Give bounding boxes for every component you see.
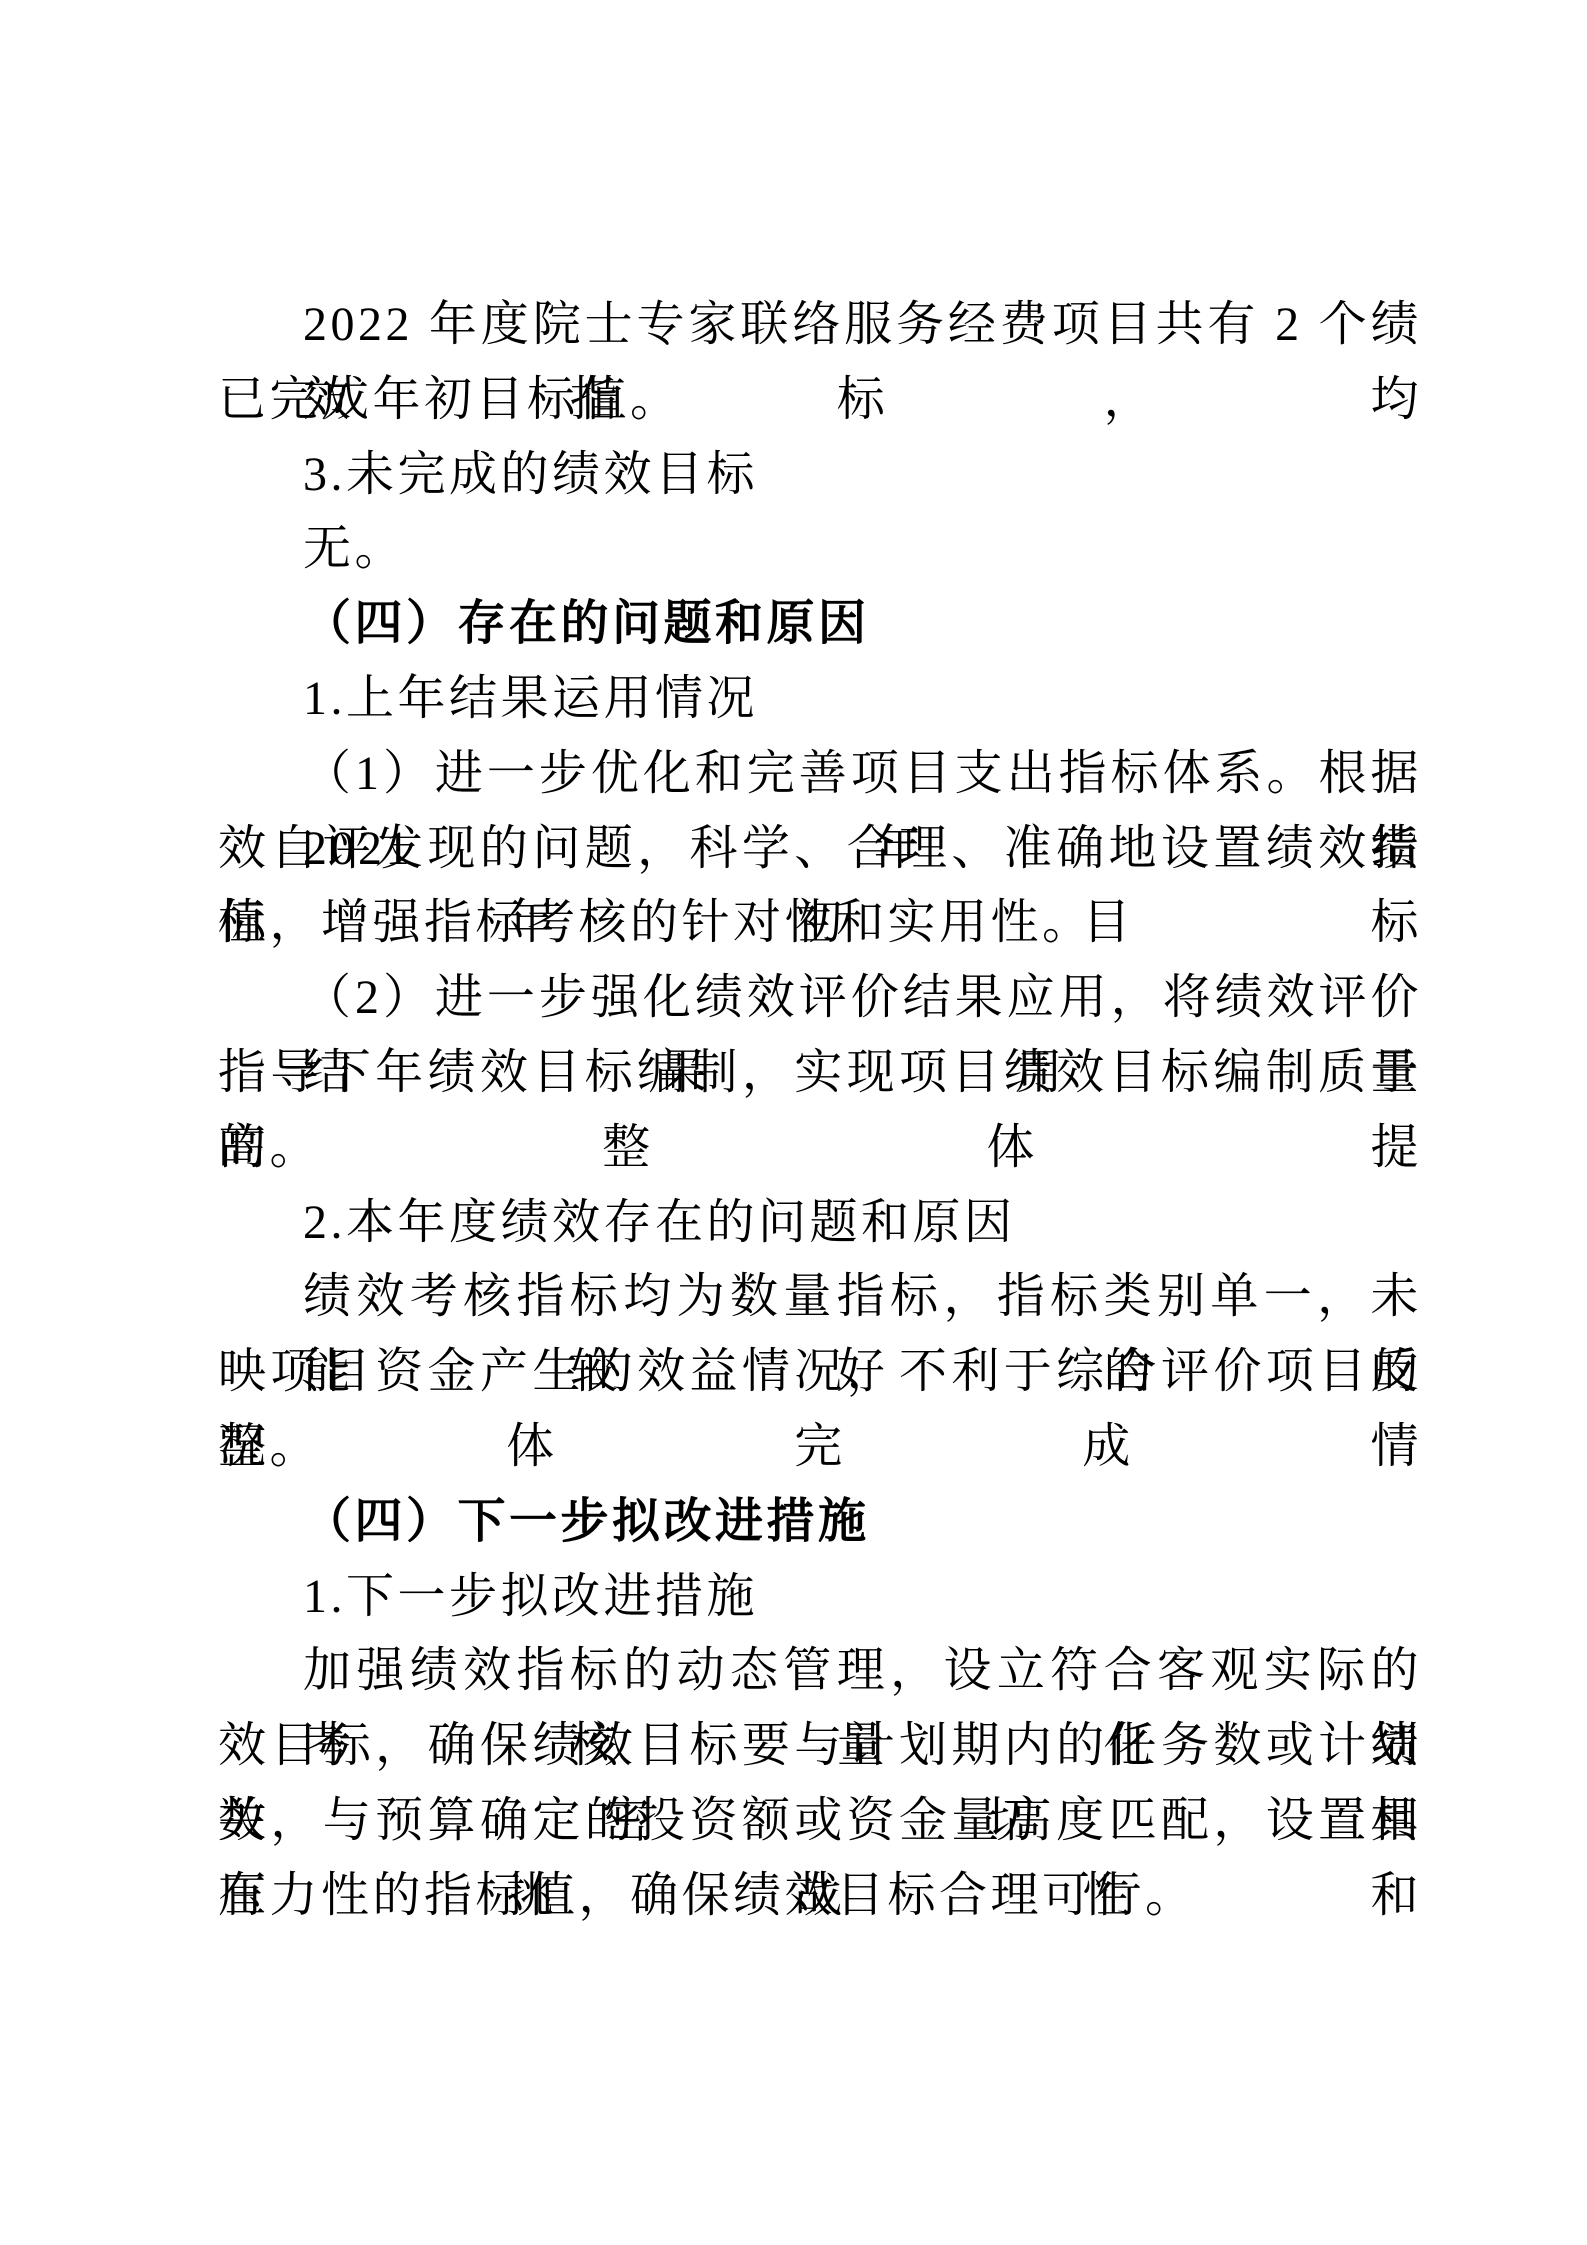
text-line: 无。	[218, 512, 1422, 587]
section-heading: （四）存在的问题和原因	[218, 587, 1422, 662]
text-line: 1.下一步拟改进措施	[218, 1560, 1422, 1635]
text-line: 2022 年度院士专家联络服务经费项目共有 2 个绩效指标，均	[218, 288, 1422, 363]
document-page: 2022 年度院士专家联络服务经费项目共有 2 个绩效指标，均已完成年初目标值。…	[0, 0, 1587, 2245]
text-line: （1）进一步优化和完善项目支出指标体系。根据 2021 年绩	[218, 737, 1422, 812]
text-line: 效目标，确保绩效目标要与计划期内的任务数或计划数密切相	[218, 1709, 1422, 1784]
text-line: （2）进一步强化绩效评价结果应用，将绩效评价结果用于	[218, 961, 1422, 1036]
text-line: 指导下年绩效目标编制，实现项目绩效目标编制质量的整体提	[218, 1036, 1422, 1111]
text-line: 绩效考核指标均为数量指标，指标类别单一，未能较好的反	[218, 1260, 1422, 1335]
text-line: 加强绩效指标的动态管理，设立符合客观实际的考核量化绩	[218, 1634, 1422, 1709]
text-line: 效自评发现的问题，科学、合理、准确地设置绩效指标年初目标	[218, 812, 1422, 887]
section-heading: （四）下一步拟改进措施	[218, 1485, 1422, 1560]
text-line: 3.未完成的绩效目标	[218, 438, 1422, 513]
text-line: 关，与预算确定的投资额或资金量高度匹配，设置具有挑战性和	[218, 1784, 1422, 1859]
text-line: 2.本年度绩效存在的问题和原因	[218, 1186, 1422, 1261]
text-line: 映项目资金产生的效益情况，不利于综合评价项目的整体完成情	[218, 1335, 1422, 1410]
text-line: 1.上年结果运用情况	[218, 662, 1422, 737]
document-body: 2022 年度院士专家联络服务经费项目共有 2 个绩效指标，均已完成年初目标值。…	[218, 288, 1422, 1934]
